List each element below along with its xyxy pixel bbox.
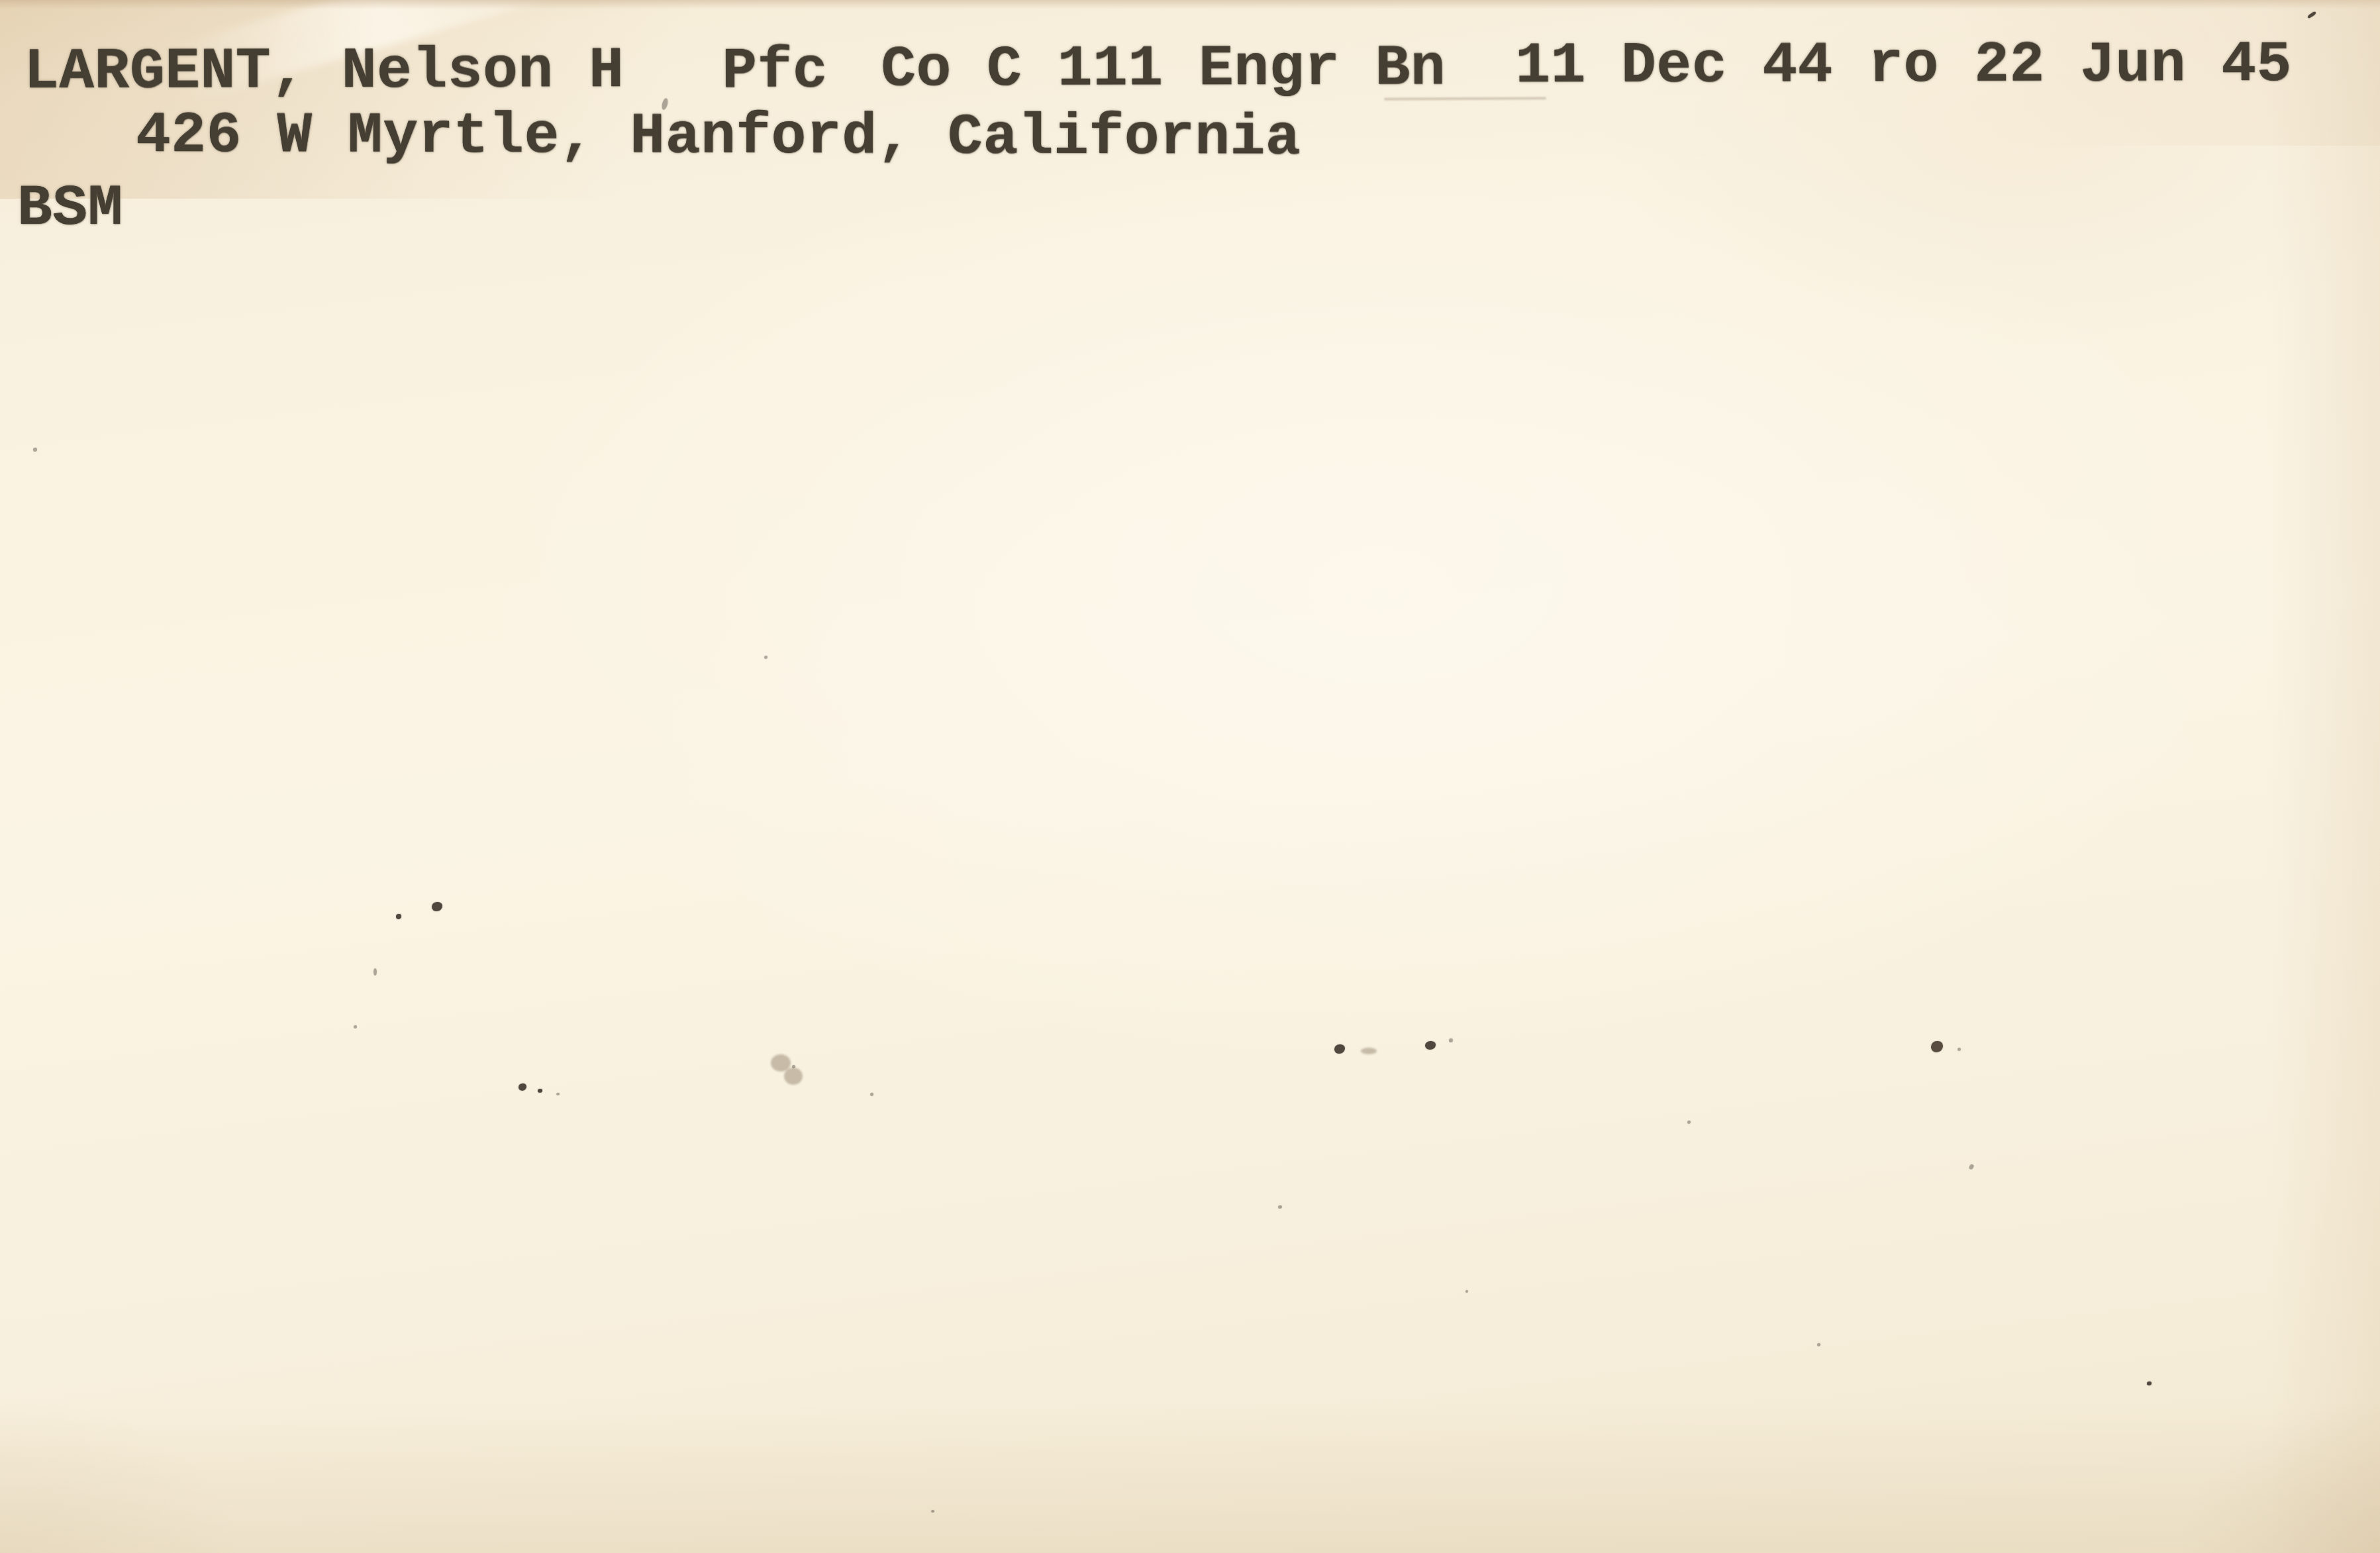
ink-speck — [1817, 1343, 1820, 1346]
paper-bottom-edge-shadow — [0, 1401, 2380, 1553]
ink-speck — [33, 448, 37, 452]
ink-speck — [556, 1093, 560, 1095]
scanned-index-card: LARGENT, Nelson HPfcCo C 111 Engr Bn11 D… — [0, 0, 2380, 1553]
smudge-stain — [1361, 1048, 1377, 1054]
typed-line-address: 426 W Myrtle, Hanford, California — [136, 107, 1301, 168]
unit-text: Co C 111 Engr Bn — [881, 40, 1446, 100]
paper-top-edge-shadow — [0, 0, 2380, 9]
ink-speck — [2307, 11, 2316, 19]
ink-speck — [373, 968, 377, 976]
address-text: 426 W Myrtle, Hanford, California — [136, 107, 1301, 168]
typed-line-service-record: LARGENT, Nelson HPfcCo C 111 Engr Bn11 D… — [24, 39, 2292, 102]
ink-speck — [1931, 1041, 1943, 1052]
ink-speck — [432, 902, 442, 911]
ink-speck — [1958, 1048, 1961, 1051]
award-code-text: BSM — [17, 180, 123, 238]
ink-speck — [354, 1025, 357, 1028]
ink-speck — [2147, 1381, 2152, 1385]
ink-speck — [1334, 1044, 1345, 1054]
ink-speck — [1278, 1205, 1282, 1209]
ink-speck — [538, 1089, 542, 1093]
ink-speck — [931, 1510, 934, 1513]
paper-right-edge-shadow — [2267, 0, 2380, 1553]
ink-speck — [1968, 1164, 1974, 1170]
ink-speck — [1465, 1290, 1468, 1293]
typed-line-award: BSM — [17, 180, 123, 238]
soldier-name-text: LARGENT, Nelson H — [24, 42, 624, 102]
smudge-stain — [784, 1068, 803, 1085]
rank-text: Pfc — [722, 42, 828, 101]
ink-speck — [519, 1083, 526, 1091]
ink-speck — [764, 656, 768, 659]
baseline-smudge — [1384, 97, 1546, 100]
ink-speck — [870, 1093, 873, 1096]
ink-speck — [1449, 1038, 1453, 1042]
ink-speck — [1687, 1121, 1691, 1124]
ink-speck — [396, 914, 401, 919]
service-dates-text: 11 Dec 44 ro 22 Jun 45 — [1515, 36, 2292, 96]
ink-speck — [1425, 1041, 1436, 1050]
